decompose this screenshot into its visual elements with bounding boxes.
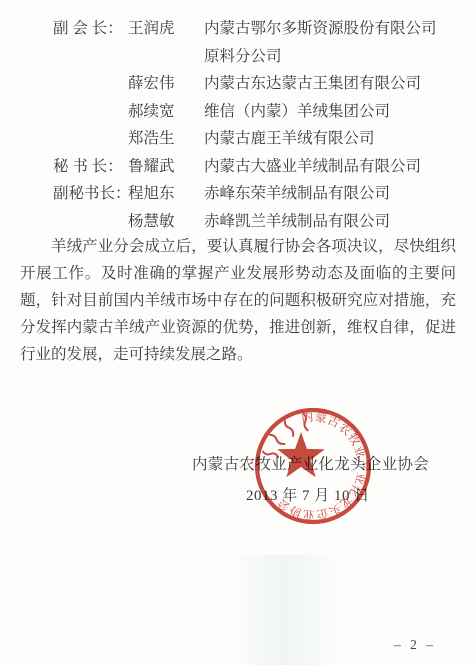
officer-name: 鲁耀武 bbox=[128, 153, 175, 181]
seal-text: 内蒙古农牧业产业化龙头企业协会 bbox=[274, 409, 370, 524]
officer-name: 杨慧敏 bbox=[128, 208, 175, 236]
officer-company: 内蒙古大盛业羊绒制品有限公司 bbox=[204, 153, 421, 181]
officer-company: 内蒙古鄂尔多斯资源股份有限公司 bbox=[204, 15, 437, 43]
paragraph-line: 题，针对目前国内羊绒市场中存在的问题积极研究应对措施，充 bbox=[20, 287, 456, 314]
officer-row: 副秘书长： 程旭东 赤峰东荣羊绒制品有限公司 bbox=[0, 180, 476, 208]
officer-name: 王润虎 bbox=[128, 15, 175, 43]
svg-text:内蒙古农牧业产业化龙头企业协会: 内蒙古农牧业产业化龙头企业协会 bbox=[274, 409, 370, 524]
officer-role-label: 副秘书长： bbox=[53, 180, 131, 208]
officer-name: 郑浩生 bbox=[128, 125, 175, 153]
officer-row: 郑浩生 内蒙古鹿王羊绒有限公司 bbox=[0, 125, 476, 153]
officer-row: 杨慧敏 赤峰凯兰羊绒制品有限公司 bbox=[0, 208, 476, 236]
officer-list: 副 会 长： 王润虎 内蒙古鄂尔多斯资源股份有限公司 原料分公司 薛宏伟 内蒙古… bbox=[0, 15, 476, 235]
officer-company: 赤峰凯兰羊绒制品有限公司 bbox=[204, 208, 390, 236]
officer-name: 程旭东 bbox=[128, 180, 175, 208]
official-red-seal: 内蒙古农牧业产业化龙头企业协会 bbox=[243, 396, 383, 536]
paragraph-line: 行业的发展，走可持续发展之路。 bbox=[20, 341, 456, 368]
paragraph-line: 分发挥内蒙古羊绒产业资源的优势，推进创新，维权自律，促进 bbox=[20, 314, 456, 341]
page-number: – 2 – bbox=[394, 637, 436, 653]
officer-row: 原料分公司 bbox=[0, 43, 476, 71]
officer-row: 薛宏伟 内蒙古东达蒙古王集团有限公司 bbox=[0, 70, 476, 98]
officer-company: 内蒙古鹿王羊绒有限公司 bbox=[204, 125, 375, 153]
scanned-document-page: 副 会 长： 王润虎 内蒙古鄂尔多斯资源股份有限公司 原料分公司 薛宏伟 内蒙古… bbox=[0, 0, 476, 665]
paragraph-line: 开展工作。及时准确的掌握产业发展形势动态及面临的主要问 bbox=[20, 260, 456, 287]
officer-name: 郝续宽 bbox=[128, 98, 175, 126]
officer-company: 维信（内蒙）羊绒集团公司 bbox=[204, 98, 390, 126]
officer-role-label: 秘 书 长： bbox=[53, 153, 123, 181]
officer-company: 内蒙古东达蒙古王集团有限公司 bbox=[204, 70, 421, 98]
officer-row: 秘 书 长： 鲁耀武 内蒙古大盛业羊绒制品有限公司 bbox=[0, 153, 476, 181]
officer-role-label: 副 会 长： bbox=[53, 15, 123, 43]
officer-row: 副 会 长： 王润虎 内蒙古鄂尔多斯资源股份有限公司 bbox=[0, 15, 476, 43]
scan-artifact bbox=[228, 555, 343, 665]
officer-name: 薛宏伟 bbox=[128, 70, 175, 98]
officer-row: 郝续宽 维信（内蒙）羊绒集团公司 bbox=[0, 98, 476, 126]
paragraph-line: 羊绒产业分会成立后，要认真履行协会各项决议，尽快组织 bbox=[20, 233, 456, 260]
officer-company-continuation: 原料分公司 bbox=[204, 43, 282, 71]
officer-company: 赤峰东荣羊绒制品有限公司 bbox=[204, 180, 390, 208]
body-paragraph: 羊绒产业分会成立后，要认真履行协会各项决议，尽快组织 开展工作。及时准确的掌握产… bbox=[20, 233, 456, 368]
seal-star-icon bbox=[277, 432, 325, 477]
